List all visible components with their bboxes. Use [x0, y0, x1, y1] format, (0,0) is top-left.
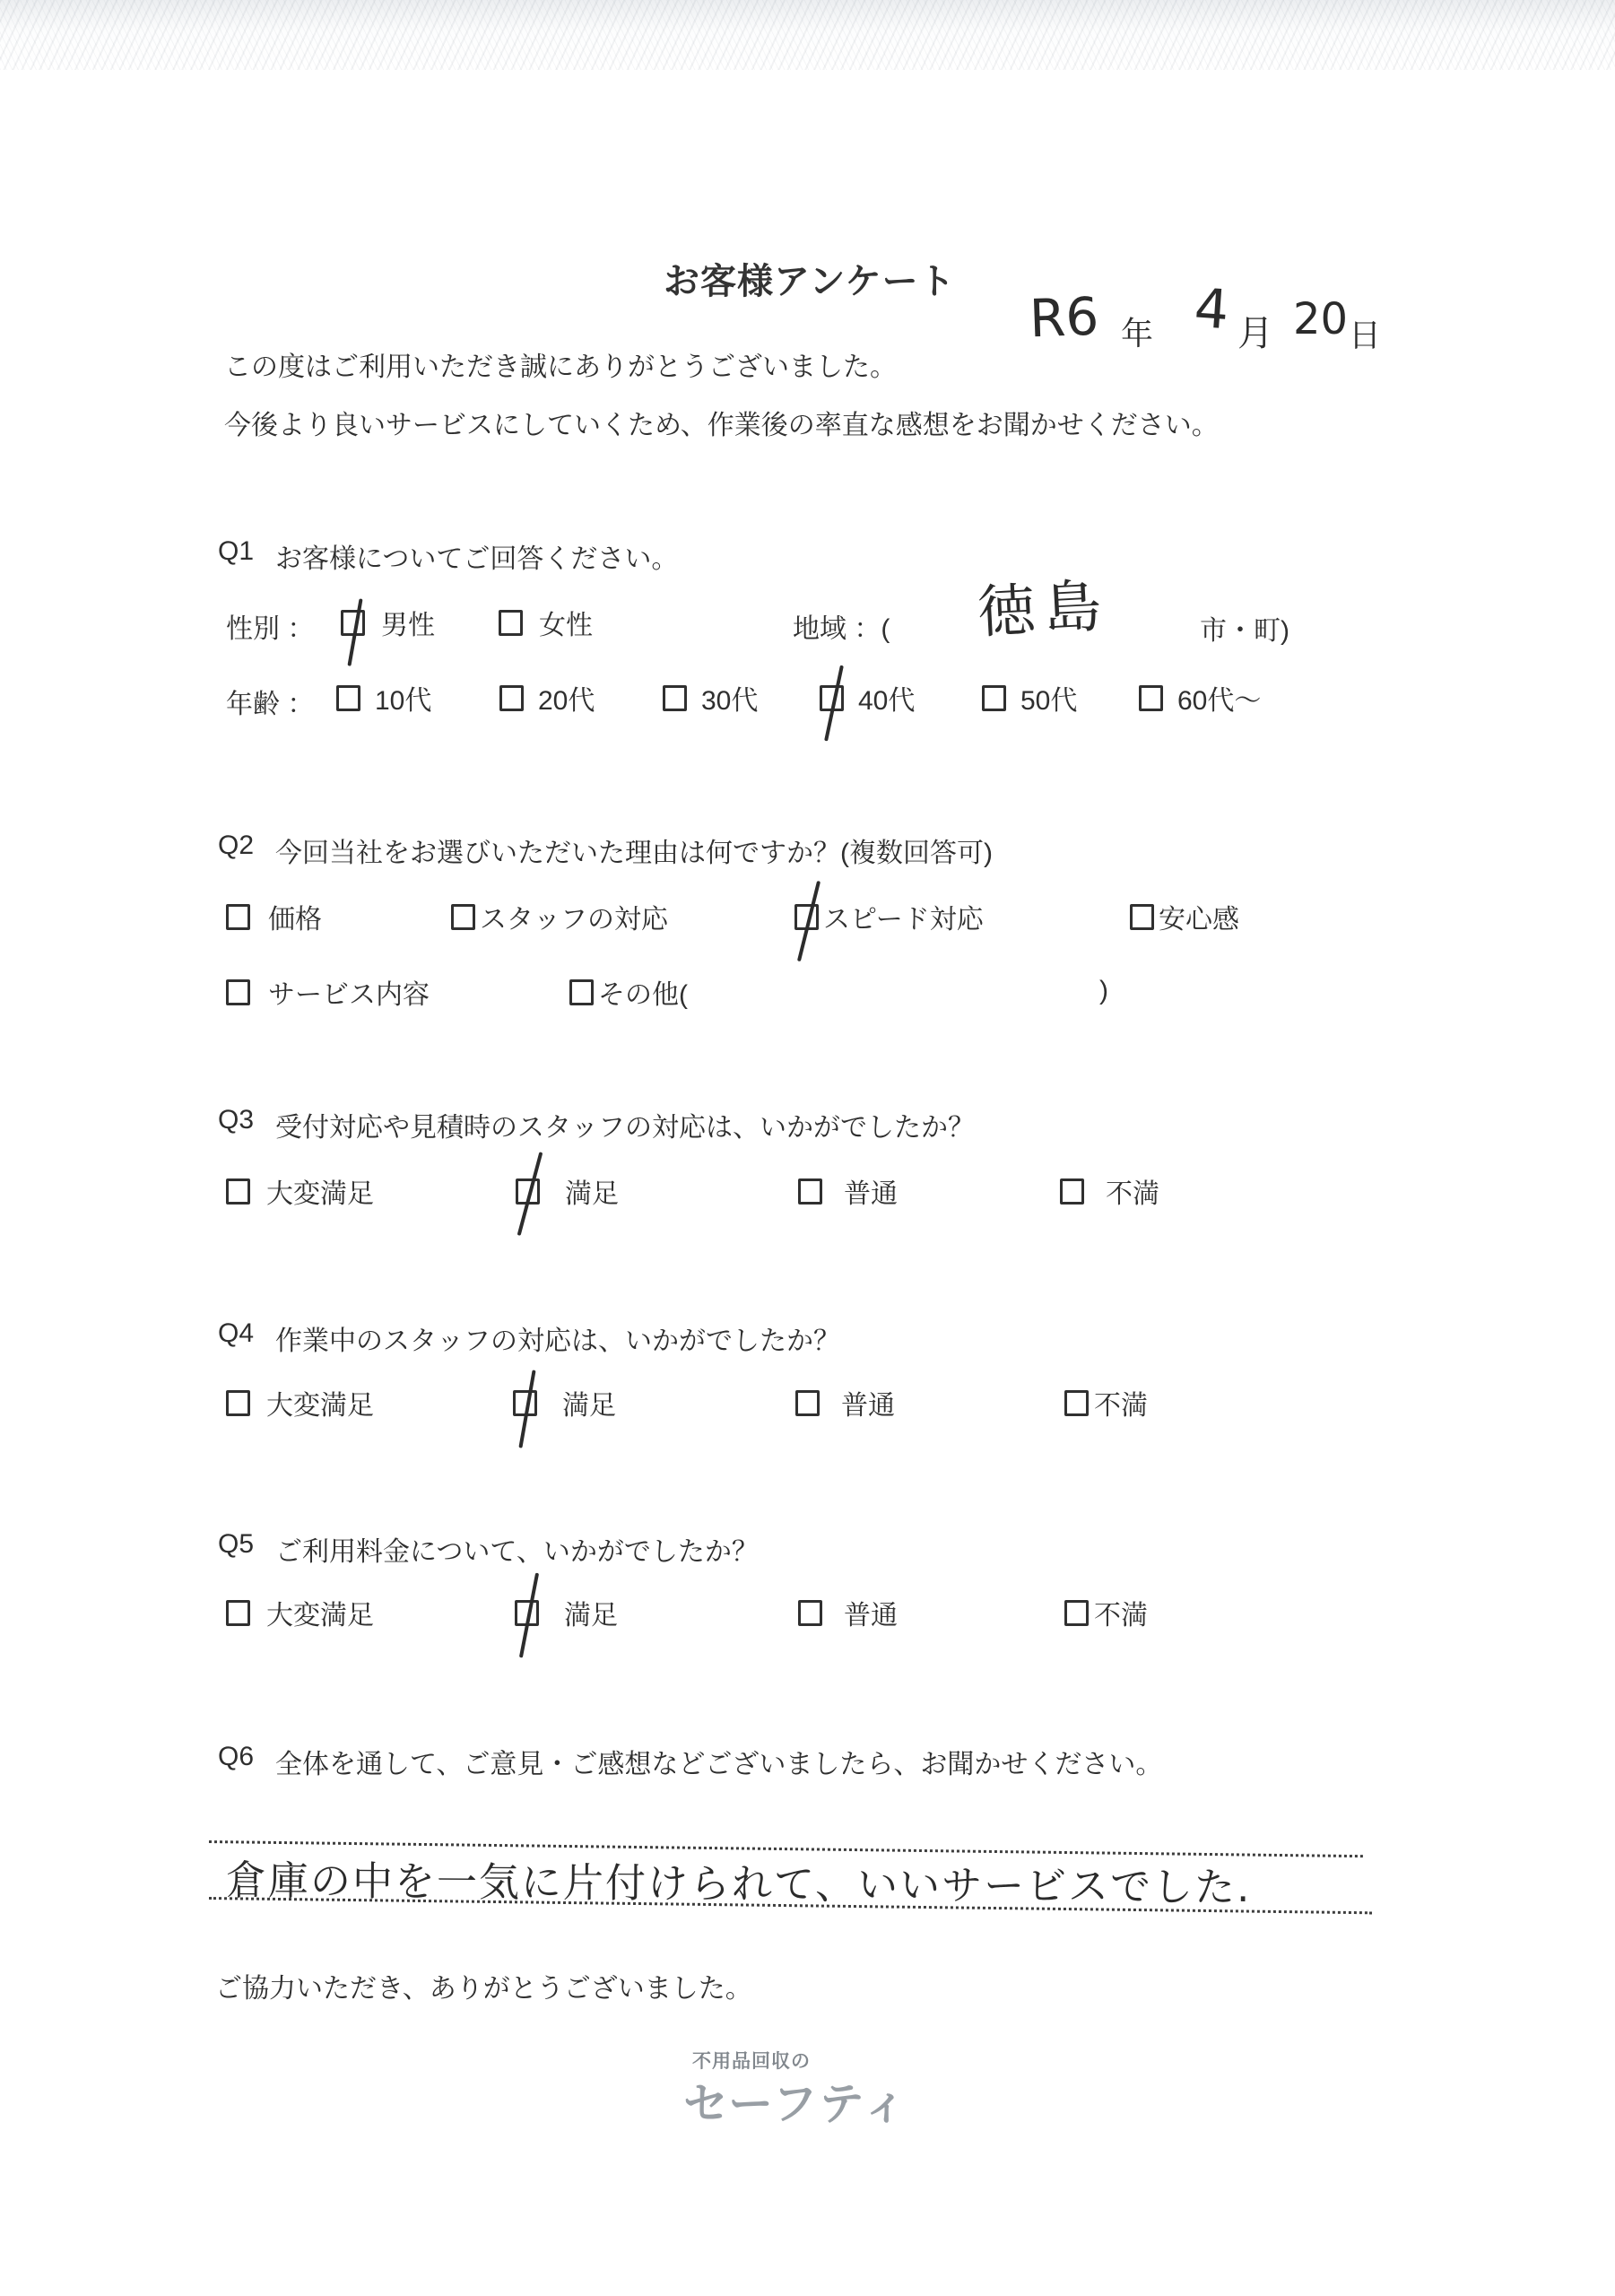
q5-option-normal: 普通 — [798, 1593, 898, 1632]
option-label: 満足 — [564, 1593, 618, 1632]
q2-heading-text: 今回当社をお選びいただいた理由は何ですか？(複数回答可) — [275, 831, 993, 870]
option-label: 20代 — [538, 678, 595, 717]
q6-heading-text: 全体を通して、ご意見・ご感想などございましたら、お聞かせください。 — [275, 1742, 1162, 1781]
age-option-20s: 20代 — [499, 678, 595, 717]
q6-number: Q6 — [218, 1742, 254, 1781]
q4-heading-text: 作業中のスタッフの対応は、いかがでしたか？ — [275, 1318, 840, 1358]
age-option-50s: 50代 — [982, 678, 1077, 717]
page-title: お客様アンケート — [664, 253, 956, 304]
q4-option-very-satisfied: 大変満足 — [226, 1383, 374, 1422]
handwritten-check-mark — [517, 1152, 543, 1236]
option-label: 不満 — [1106, 1171, 1159, 1211]
option-label: 普通 — [844, 1171, 898, 1211]
q3-option-satisfied: 満足 — [516, 1171, 619, 1211]
handwritten-comment: 倉庫の中を一気に片付けられて、いいサービスでした. — [226, 1848, 1252, 1913]
checkbox — [516, 1178, 540, 1205]
handwritten-check-mark — [519, 1572, 539, 1657]
option-label: 50代 — [1020, 678, 1077, 717]
q2-heading: Q2 今回当社をお選びいただいた理由は何ですか？(複数回答可) — [218, 831, 993, 870]
checkbox — [795, 1390, 820, 1416]
handwritten-check-mark — [797, 880, 821, 961]
q1-heading-text: お客様についてご回答ください。 — [275, 536, 678, 576]
date-year-label: 年 — [1121, 309, 1153, 354]
date-month-label: 月 — [1237, 305, 1273, 356]
region-label: 地域 ：( — [793, 606, 890, 646]
checkbox — [336, 685, 360, 711]
q3-heading-text: 受付対応や見積時のスタッフの対応は、いかがでしたか？ — [275, 1105, 975, 1144]
option-label: スピード対応 — [823, 897, 984, 936]
q1-heading: Q1 お客様についてご回答ください。 — [218, 536, 678, 576]
checkbox — [1060, 1178, 1084, 1205]
option-label: 満足 — [565, 1171, 619, 1211]
region-handwritten-value: 徳島 — [976, 560, 1113, 649]
q2-option-reassurance: 安心感 — [1130, 897, 1239, 936]
option-label: 30代 — [701, 678, 758, 717]
checkbox — [798, 1600, 822, 1626]
q5-heading: Q5 ご利用料金について、いかがでしたか？ — [218, 1529, 759, 1569]
date-day-label: 日 — [1349, 310, 1381, 356]
checkbox — [341, 610, 365, 636]
age-option-40s: 40代 — [820, 678, 915, 717]
age-option-30s: 30代 — [663, 678, 758, 717]
handwritten-check-mark — [824, 665, 843, 741]
checkbox — [569, 979, 594, 1005]
q2-option-staff-response: スタッフの対応 — [451, 897, 668, 936]
q4-heading: Q4 作業中のスタッフの対応は、いかがでしたか？ — [218, 1318, 840, 1358]
option-label: 普通 — [841, 1383, 895, 1422]
option-label: 大変満足 — [266, 1171, 374, 1211]
checkbox — [1139, 685, 1163, 711]
checkbox — [820, 685, 844, 711]
checkbox — [226, 979, 250, 1005]
gender-option-male: 男性 — [341, 603, 435, 642]
option-label: 価格 — [268, 897, 322, 936]
checkbox — [226, 904, 250, 930]
checkbox — [226, 1178, 250, 1205]
age-option-60s: 60代～ — [1139, 678, 1261, 717]
q2-option-price: 価格 — [226, 897, 322, 936]
other-close-paren: ) — [1099, 976, 1108, 1006]
q4-number: Q4 — [218, 1318, 254, 1358]
option-label: 大変満足 — [266, 1383, 374, 1422]
checkbox — [226, 1390, 250, 1416]
gender-label: 性別 ： — [226, 606, 314, 646]
q1-number: Q1 — [218, 536, 254, 576]
q3-option-dissatisfied: 不満 — [1060, 1171, 1159, 1211]
q5-option-dissatisfied: 不満 — [1064, 1593, 1148, 1632]
closing-text: ご協力いただき、ありがとうございました。 — [215, 1966, 752, 2005]
q3-option-normal: 普通 — [798, 1171, 898, 1211]
option-label: 普通 — [844, 1593, 898, 1632]
checkbox — [798, 1178, 822, 1205]
checkbox — [982, 685, 1006, 711]
q6-heading: Q6 全体を通して、ご意見・ご感想などございましたら、お聞かせください。 — [218, 1742, 1162, 1781]
q3-option-very-satisfied: 大変満足 — [226, 1171, 374, 1211]
q5-number: Q5 — [218, 1529, 254, 1569]
scan-noise-band — [0, 0, 1615, 70]
date-month: 4 — [1193, 277, 1231, 342]
date-day: 20 — [1293, 294, 1348, 344]
q5-option-satisfied: 満足 — [515, 1593, 618, 1632]
q4-option-satisfied: 満足 — [513, 1383, 616, 1422]
q5-option-very-satisfied: 大変満足 — [226, 1593, 374, 1632]
intro-line-2: 今後より良いサービスにしていくため、作業後の率直な感想をお聞かせください。 — [224, 403, 1219, 442]
option-label: 男性 — [381, 603, 435, 642]
age-option-10s: 10代 — [336, 678, 431, 717]
handwritten-check-mark — [518, 1370, 535, 1448]
checkbox — [794, 904, 819, 930]
age-label: 年齢 ： — [226, 682, 314, 721]
option-label: その他( — [598, 972, 688, 1012]
checkbox — [1130, 904, 1154, 930]
checkbox — [663, 685, 687, 711]
q2-option-speed-response: スピード対応 — [794, 897, 984, 936]
option-label: 60代～ — [1177, 678, 1261, 717]
q2-option-service-content: サービス内容 — [226, 972, 430, 1012]
option-label: 女性 — [539, 603, 593, 642]
logo-name: セーフティ — [683, 2068, 909, 2133]
intro-line-1: この度はご利用いただき誠にありがとうございました。 — [224, 344, 897, 384]
option-label: サービス内容 — [268, 972, 430, 1012]
checkbox — [513, 1390, 537, 1416]
handwritten-check-mark — [347, 598, 362, 665]
checkbox — [226, 1600, 250, 1626]
q2-number: Q2 — [218, 831, 254, 870]
option-label: 不満 — [1094, 1593, 1148, 1632]
checkbox — [515, 1600, 539, 1626]
q4-option-normal: 普通 — [795, 1383, 895, 1422]
checkbox — [1064, 1600, 1089, 1626]
q2-option-other: その他( — [569, 972, 688, 1012]
gender-option-female: 女性 — [499, 603, 593, 642]
date-era-year: R6 — [1029, 286, 1100, 350]
q3-number: Q3 — [218, 1105, 254, 1144]
q4-option-dissatisfied: 不満 — [1064, 1383, 1148, 1422]
option-label: 大変満足 — [266, 1593, 374, 1632]
option-label: 10代 — [375, 678, 431, 717]
option-label: 40代 — [858, 678, 915, 717]
checkbox — [1064, 1390, 1089, 1416]
checkbox — [499, 685, 524, 711]
option-label: 不満 — [1094, 1383, 1148, 1422]
q5-heading-text: ご利用料金について、いかがでしたか？ — [275, 1529, 759, 1569]
option-label: 満足 — [562, 1383, 616, 1422]
option-label: スタッフの対応 — [480, 897, 668, 936]
option-label: 安心感 — [1159, 897, 1239, 936]
checkbox — [499, 610, 523, 636]
checkbox — [451, 904, 475, 930]
q3-heading: Q3 受付対応や見積時のスタッフの対応は、いかがでしたか？ — [218, 1105, 975, 1144]
region-suffix: 市・町) — [1200, 608, 1289, 648]
